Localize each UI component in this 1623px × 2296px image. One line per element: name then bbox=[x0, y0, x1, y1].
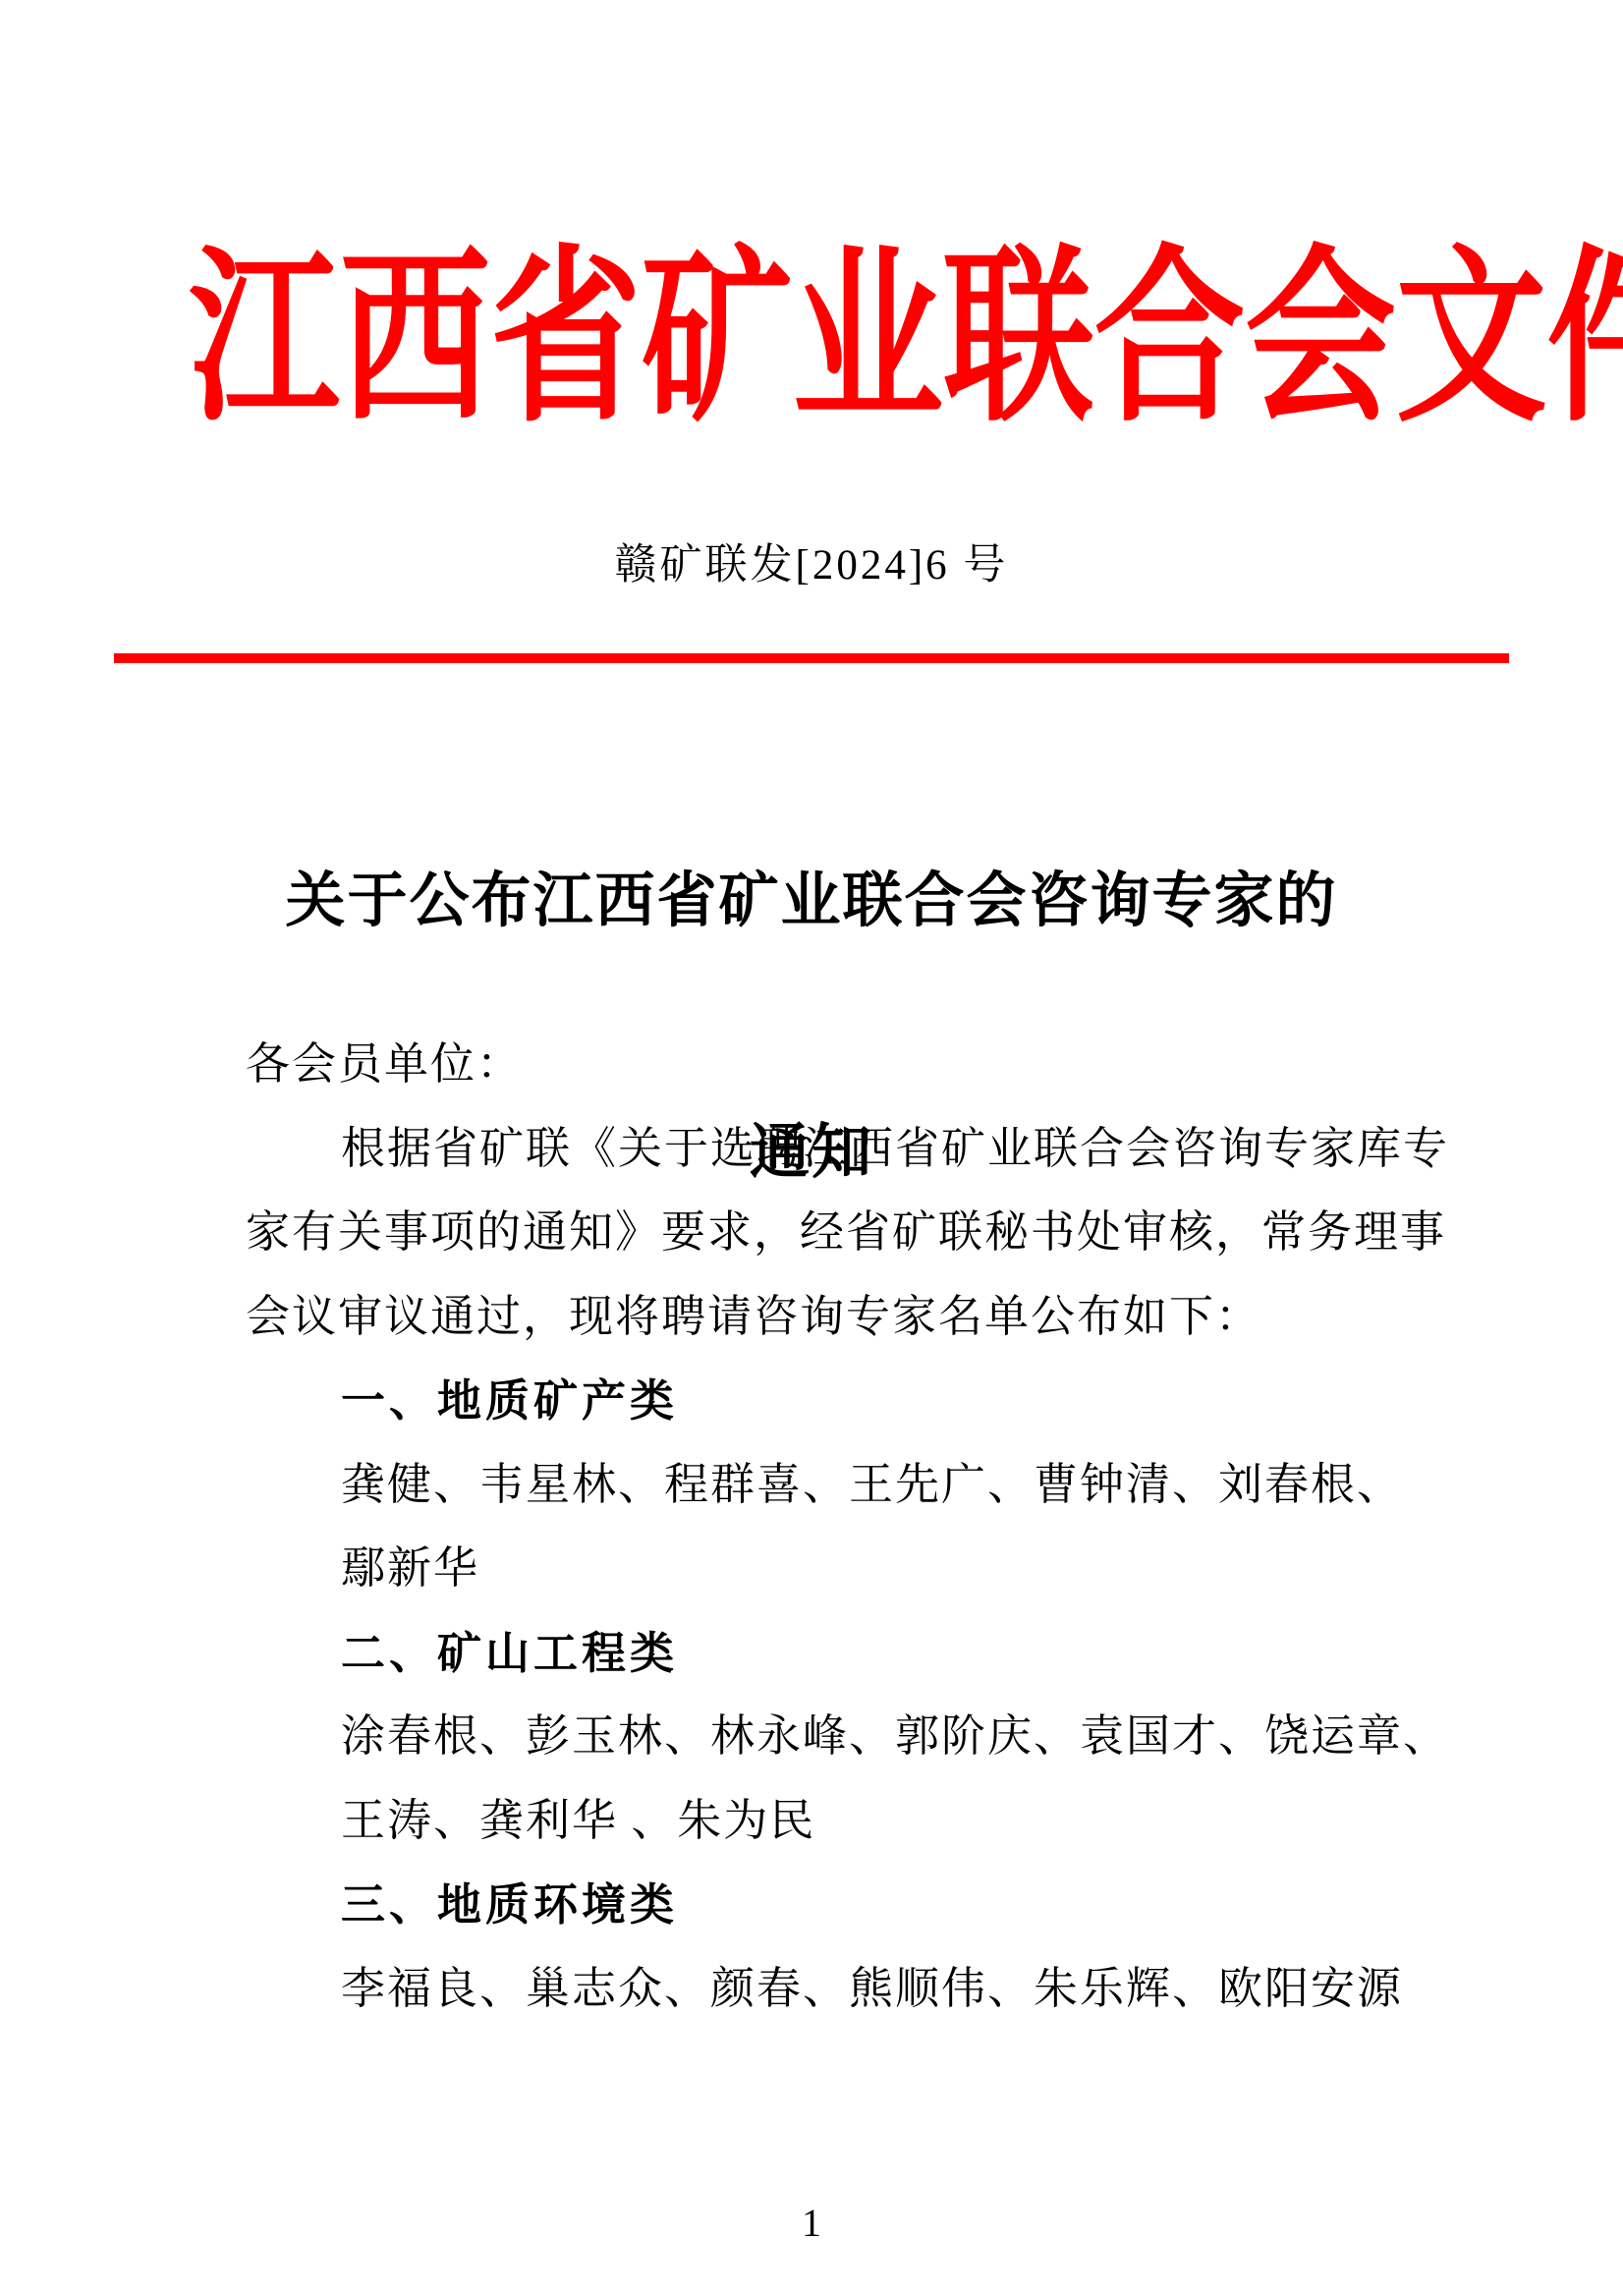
section-2-names-line-1: 涂春根、彭玉林、林永峰、郭阶庆、袁国才、饶运章、 bbox=[246, 1695, 1405, 1779]
document-reference-number: 赣矿联发[2024]6 号 bbox=[0, 538, 1623, 593]
notice-title-line1: 关于公布江西省矿业联合会咨询专家的 bbox=[0, 865, 1623, 939]
section-1-names-line-2: 鄢新华 bbox=[246, 1527, 1405, 1611]
section-3-heading: 三、地质环境类 bbox=[246, 1863, 1405, 1947]
salutation: 各会员单位： bbox=[246, 1023, 1405, 1107]
document-body: 各会员单位： 根据省矿联《关于选聘江西省矿业联合会咨询专家库专 家有关事项的通知… bbox=[246, 1023, 1405, 2031]
section-2-heading: 二、矿山工程类 bbox=[246, 1611, 1405, 1696]
document-page: 江西省矿业联合会文件 赣矿联发[2024]6 号 关于公布江西省矿业联合会咨询专… bbox=[0, 0, 1623, 2296]
section-3-names-line-1: 李福良、巢志众、颜春、熊顺伟、朱乐辉、欧阳安源 bbox=[246, 1947, 1405, 2032]
section-2-names-line-2: 王涛、龚利华 、朱为民 bbox=[246, 1779, 1405, 1864]
intro-line-3: 会议审议通过，现将聘请咨询专家名单公布如下： bbox=[246, 1275, 1405, 1360]
section-1-heading: 一、地质矿产类 bbox=[246, 1359, 1405, 1443]
page-number: 1 bbox=[0, 2201, 1623, 2246]
intro-line-2: 家有关事项的通知》要求，经省矿联秘书处审核，常务理事 bbox=[246, 1191, 1405, 1275]
intro-line-1: 根据省矿联《关于选聘江西省矿业联合会咨询专家库专 bbox=[246, 1107, 1405, 1192]
section-1-names-line-1: 龚健、韦星林、程群喜、王先广、曹钟清、刘春根、 bbox=[246, 1443, 1405, 1528]
red-header-banner: 江西省矿业联合会文件 bbox=[0, 244, 1623, 435]
org-masthead-title: 江西省矿业联合会文件 bbox=[189, 244, 1623, 435]
red-divider-line bbox=[114, 653, 1509, 663]
